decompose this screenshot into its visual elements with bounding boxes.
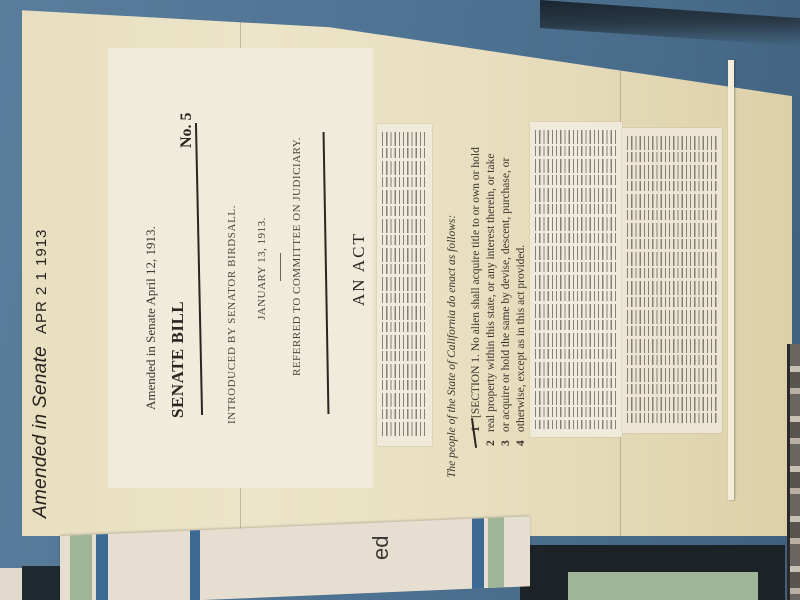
an-act-heading: AN ACT	[349, 232, 369, 306]
stamp-date: APR 2 1 1913	[33, 229, 50, 334]
section-line: 2real property within this state, or any…	[485, 154, 497, 446]
introduced-by: INTRODUCED BY SENATOR BIRDSALL.	[226, 205, 238, 424]
referred-to: REFERRED TO COMMITTEE ON JUDICIARY.	[291, 137, 303, 376]
placard-stand	[22, 566, 60, 600]
act-title-clipping: Defining and limiting the rights of alie…	[377, 124, 432, 446]
section-line: 3or acquire or hold the same by devise, …	[500, 158, 512, 446]
bill-type: SENATE BILL	[168, 301, 188, 418]
short-rule	[280, 253, 281, 281]
section-line: 4otherwise, except as in this act provid…	[515, 245, 527, 446]
amendment-clipping: Sec. 2. All aliens other than those ment…	[622, 128, 722, 433]
bill-number: No. 5	[178, 112, 196, 148]
amended-stamp: Amended in SenateAPR 2 1 1913	[30, 229, 52, 518]
introduction-date: JANUARY 13, 1913.	[256, 217, 268, 320]
adjacent-exhibit	[787, 344, 800, 600]
stamp-text: Amended in Senate	[30, 346, 51, 518]
adjacent-panel	[568, 572, 758, 600]
section-line: 1[SECTION 1. No alien shall acquire titl…	[470, 147, 482, 432]
amendment-clipping: Section 1. All aliens eligible to citize…	[530, 122, 622, 437]
placard-edge	[0, 568, 22, 600]
amended-date-line: Amended in Senate April 12, 1913.	[143, 226, 159, 410]
paper-edge	[728, 60, 734, 500]
placard-text: ed	[368, 536, 394, 560]
enacting-clause: The people of the State of California do…	[446, 215, 458, 478]
